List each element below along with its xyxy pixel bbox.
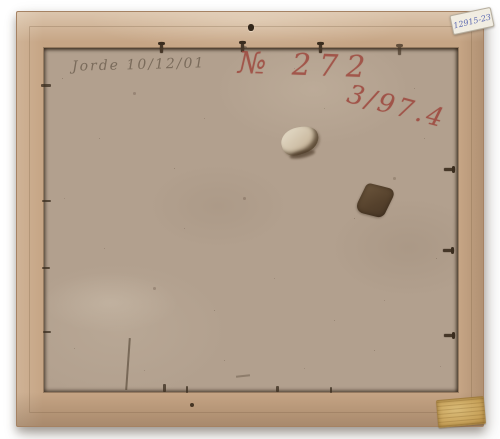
inventory-sticker-label: 12915-23: [452, 12, 491, 30]
tack-icon: [276, 386, 279, 392]
tack-icon: [42, 200, 51, 202]
tack-icon: [443, 249, 454, 252]
tack-icon: [398, 44, 401, 55]
hanging-hole: [248, 24, 254, 31]
tack-icon: [43, 331, 51, 333]
tack-icon: [42, 267, 50, 269]
tack-icon: [186, 386, 188, 393]
tack-icon: [160, 42, 163, 53]
gold-stamp: [436, 396, 486, 428]
tack-icon: [41, 84, 51, 87]
tack-icon: [444, 168, 455, 171]
tack-icon: [330, 387, 332, 393]
photo-painting-back: Jorde 10/12/01 № 272 3/97.4 12915-23: [0, 0, 500, 439]
tack-icon: [444, 334, 455, 337]
nail-hole: [190, 403, 194, 407]
tack-icon: [163, 384, 166, 392]
